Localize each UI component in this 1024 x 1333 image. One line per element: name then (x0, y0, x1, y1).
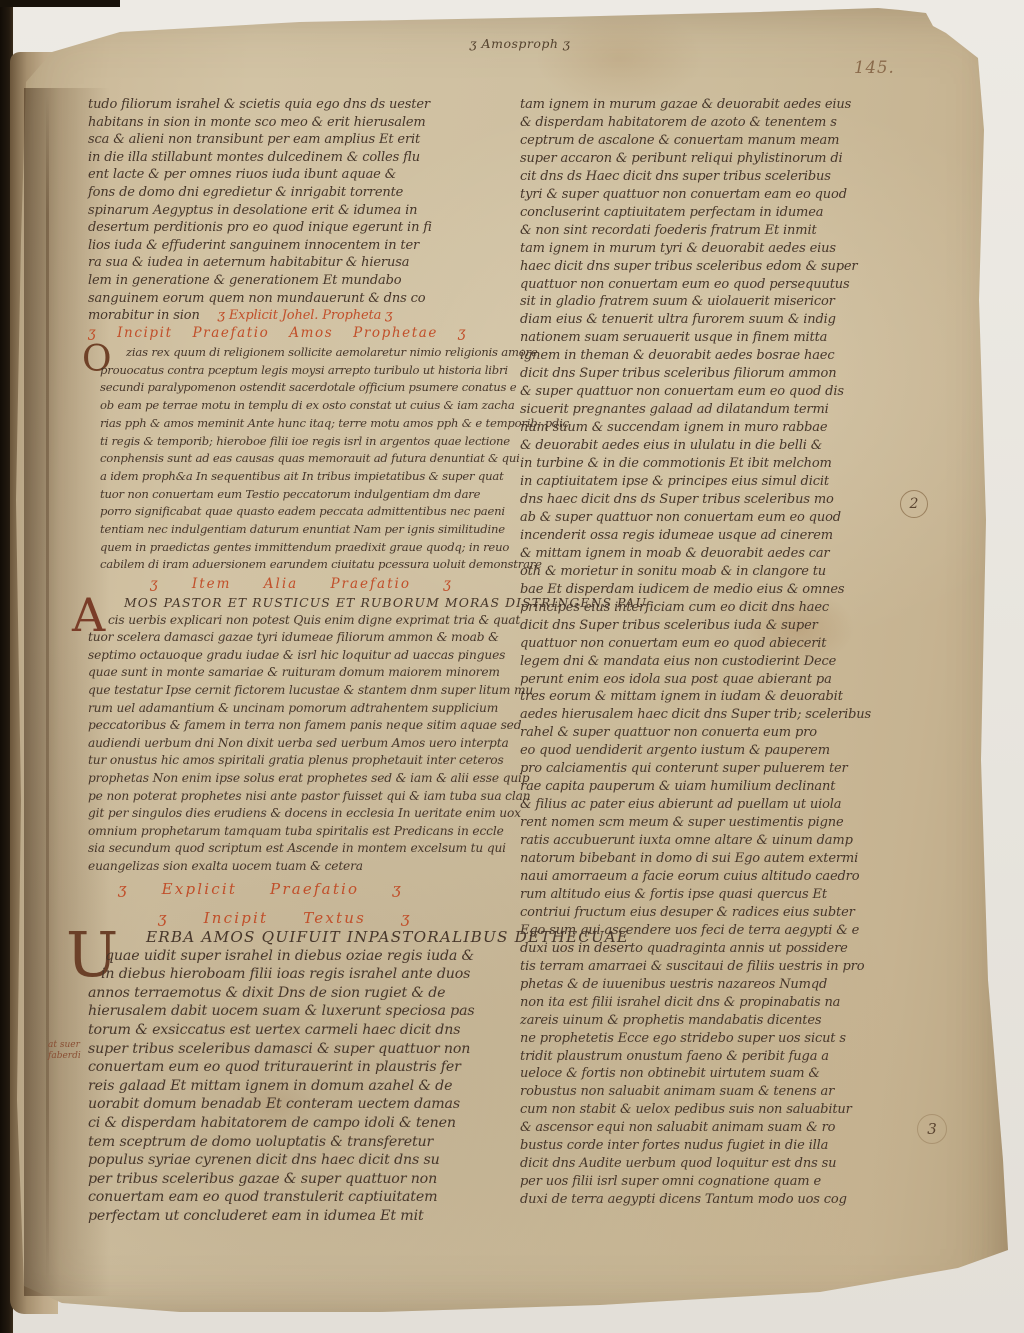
text-line: hierusalem dabit uocem suam & luxerunt s… (88, 1002, 500, 1021)
rubric-explicit-praefatio: ʒ Explicit Praefatio ʒ (118, 880, 403, 898)
marginal-gloss-line: faberdi (48, 1051, 81, 1062)
text-line: lios iuda & effuderint sanguinem innocen… (88, 237, 494, 255)
text-line: haec dicit dns super tribus sceleribus e… (520, 258, 934, 276)
text-line: ob eam pe terrae motu in templu di ex os… (100, 397, 500, 415)
folio-number: 145. (854, 58, 895, 77)
text-line: audiendi uerbum dni Non dixit uerba sed … (88, 735, 496, 753)
text-line: in die illa stillabunt montes dulcedinem… (88, 149, 494, 167)
text-line: zias rex quum di religionem sollicite ae… (100, 344, 500, 362)
text-line: annos terraemotus & dixit Dns de sion ru… (88, 984, 500, 1003)
text-line: rahel & super quattuor non conuerta eum … (520, 724, 934, 742)
text-line: ti regis & temporib; hieroboe filii ioe … (100, 433, 500, 451)
text-line: eo quod uendiderit argento iustum & paup… (520, 742, 934, 760)
text-line: quae uidit super israhel in diebus oziae… (88, 947, 500, 966)
text-line: nationem suam seruauerit usque in finem … (520, 329, 934, 347)
text-line: secundi paralypomenon ostendit sacerdota… (100, 379, 500, 397)
text-line: omnium prophetarum tamquam tuba spirital… (88, 823, 496, 841)
text-line: zareis uinum & prophetis mandabatis dice… (520, 1012, 934, 1030)
text-line: ci & disperdam habitatorem de campo idol… (88, 1114, 500, 1133)
text-line: & disperdam habitatorem de azoto & tenen… (520, 114, 934, 132)
text-line: quattuor non conuertam eum eo quod abiec… (520, 635, 934, 653)
text-line: ceptrum de ascalone & conuertam manum me… (520, 132, 934, 150)
text-line: cabilem di iram aduersionem earundem ciu… (100, 556, 500, 574)
text-line: tur onustus hic amos spiritali gratia pl… (88, 752, 496, 770)
marginal-gloss-line: at suer (48, 1040, 81, 1051)
text-line: tuor scelera damasci gazae tyri idumeae … (88, 629, 496, 647)
text-line: dicit dns Super tribus sceleribus filior… (520, 365, 934, 383)
text-line: tridit plaustrum onustum faeno & peribit… (520, 1048, 934, 1066)
text-line: prouocatus contra pceptum legis moysi ar… (100, 362, 500, 380)
text-line: super accaron & peribunt reliqui phylist… (520, 150, 934, 168)
text-line: tam ignem in murum gazae & deuorabit aed… (520, 96, 934, 114)
text-line: peccatoribus & famem in terra non famem … (88, 717, 496, 735)
rubric-item-alia-praefatio: ʒ Item Alia Praefatio ʒ (150, 576, 480, 592)
text-line: quae sunt in monte samariae & ruituram d… (88, 664, 496, 682)
text-line: morabitur in sion ʒ Explicit Johel. Prop… (88, 307, 494, 325)
text-line: sicuerit pregnantes galaad ad dilatandum… (520, 401, 934, 419)
text-line: tis terram amarraei & suscitaui de filii… (520, 958, 934, 976)
text-line: legem dni & mandata eius non custodierin… (520, 653, 934, 671)
text-line: per tribus sceleribus gazae & super quat… (88, 1170, 500, 1189)
right-column: tam ignem in murum gazae & deuorabit aed… (520, 96, 934, 1209)
text-line: super tribus sceleribus damasci & super … (88, 1040, 500, 1059)
text-line: principes eius interficiam cum eo dicit … (520, 599, 934, 617)
text-line: ent lacte & per omnes riuos iuda ibunt a… (88, 166, 494, 184)
left-column-praefatio-2: MOS PASTOR ET RUSTICUS ET RUBORUM MORAS … (88, 594, 496, 876)
text-line: dicit dns Super tribus sceleribus iuda &… (520, 617, 934, 635)
text-line: & non sint recordati foederis fratrum Et… (520, 222, 934, 240)
text-line: Ego sum qui ascendere uos feci de terra … (520, 922, 934, 940)
text-line: sit in gladio fratrem suum & uiolauerit … (520, 293, 934, 311)
text-line: ra sua & iudea in aeternum habitabitur &… (88, 254, 494, 272)
text-line: ueloce & fortis non obtinebit uirtutem s… (520, 1065, 934, 1083)
text-line: ne prophetetis Ecce ego stridebo super u… (520, 1030, 934, 1048)
text-line: & filius ac pater eius abierunt ad puell… (520, 796, 934, 814)
text-line: perunt enim eos idola sua post quae abie… (520, 671, 934, 689)
rubric-incipit-praefatio: ʒ Incipit Praefatio Amos Prophetae ʒ (88, 325, 496, 341)
text-line: torum & exsiccatus est uertex carmeli ha… (88, 1021, 500, 1040)
text-line: duxi de terra aegypti dicens Tantum modo… (520, 1191, 934, 1209)
text-line: conuertam eam eo quod transtulerit capti… (88, 1188, 500, 1207)
left-column-praefatio-1: zias rex quum di religionem sollicite ae… (100, 344, 500, 574)
marginal-gloss: at suer faberdi (48, 1040, 81, 1062)
text-line: septimo octauoque gradu iudae & isrl hic… (88, 647, 496, 665)
text-line: & mittam ignem in moab & deuorabit aedes… (520, 545, 934, 563)
running-title: ʒ Amosproph ʒ (430, 36, 610, 51)
text-line: reis galaad Et mittam ignem in domum aza… (88, 1077, 500, 1096)
text-line: sanguinem eorum quem non mundauerunt & d… (88, 290, 494, 308)
text-line: in diebus hieroboam filii ioas regis isr… (88, 965, 500, 984)
text-line: cit dns ds Haec dicit dns super tribus s… (520, 168, 934, 186)
text-line: per uos filii isrl super omni cognatione… (520, 1173, 934, 1191)
text-line: cum non stabit & uelox pedibus suis non … (520, 1101, 934, 1119)
text-line: dicit dns Audite uerbum quod loquitur es… (520, 1155, 934, 1173)
text-line: & ascensor equi non saluabit animam suam… (520, 1119, 934, 1137)
text-line: natorum bibebant in domo di sui Ego aute… (520, 850, 934, 868)
text-line: bae Et disperdam iudicem de medio eius &… (520, 581, 934, 599)
text-line: a idem proph&a In sequentibus ait In tri… (100, 468, 500, 486)
text-line: diam eius & tenuerit ultra furorem suum … (520, 311, 934, 329)
text-line: desertum perditionis pro eo quod inique … (88, 219, 494, 237)
joel-last-words: morabitur in sion (88, 308, 200, 323)
text-line: in turbine & in die commotionis Et ibit … (520, 455, 934, 473)
text-line: tres eorum & mittam ignem in iudam & deu… (520, 688, 934, 706)
text-line: fons de domo dni egredietur & inrigabit … (88, 184, 494, 202)
text-line: git per singulos dies erudiens & docens … (88, 805, 496, 823)
text-line: rum altitudo eius & fortis ipse quasi qu… (520, 886, 934, 904)
text-line: bustus corde inter fortes nudus fugiet i… (520, 1137, 934, 1155)
text-line: in captiuitatem ipse & principes eius si… (520, 473, 934, 491)
text-line: populus syriae cyrenen dicit dns haec di… (88, 1151, 500, 1170)
text-line: phetas & de iuuenibus uestris nazareos N… (520, 976, 934, 994)
text-line: spinarum Aegyptus in desolatione erit & … (88, 202, 494, 220)
text-line: robustus non saluabit animam suam & tene… (520, 1083, 934, 1101)
left-column-joel-end: tudo filiorum israhel & scietis quia ego… (88, 96, 494, 325)
text-line: tam ignem in murum tyri & deuorabit aede… (520, 240, 934, 258)
text-line: ignem in theman & deuorabit aedes bosrae… (520, 347, 934, 365)
text-line: & super quattuor non conuertam eum eo qu… (520, 383, 934, 401)
text-line: tudo filiorum israhel & scietis quia ego… (88, 96, 494, 114)
text-line: quem in praedictas gentes immittendum pr… (100, 539, 500, 557)
text-line: aedes hierusalem haec dicit dns Super tr… (520, 706, 934, 724)
text-line: pe non poterat prophetes nisi ante pasto… (88, 788, 496, 806)
text-line: cis uerbis explicari non potest Quis eni… (88, 612, 496, 630)
text-line: euangelizas sion exalta uocem tuam & cet… (88, 858, 496, 876)
text-line: lem in generatione & generationem Et mun… (88, 272, 494, 290)
text-line: ratis accubuerunt iuxta omne altare & ui… (520, 832, 934, 850)
text-line: num suum & succendam ignem in muro rabba… (520, 419, 934, 437)
text-line: rum uel adamantium & uncinam pomorum adt… (88, 700, 496, 718)
text-line: perfectam ut concluderet eam in idumea E… (88, 1207, 500, 1226)
text-line: conuertam eum eo quod triturauerint in p… (88, 1058, 500, 1077)
text-line: quattuor non conuertam eum eo quod perse… (520, 276, 934, 294)
text-line: incenderit ossa regis idumeae usque ad c… (520, 527, 934, 545)
text-line: ab & super quattuor non conuertam eum eo… (520, 509, 934, 527)
text-line: non ita est filii israhel dicit dns & pr… (520, 994, 934, 1012)
rubric-incipit-textus: ʒ Incipit Textus ʒ (158, 909, 412, 927)
chapter-number-3: 3 (917, 1114, 947, 1144)
capitals-line: MOS PASTOR ET RUSTICUS ET RUBORUM MORAS … (88, 594, 496, 612)
text-line: sca & alieni non transibunt per eam ampl… (88, 131, 494, 149)
left-column-textus: ERBA AMOS QUIFUIT INPASTORALIBUS DETHECU… (88, 928, 500, 1226)
text-line: tyri & super quattuor non conuertam eam … (520, 186, 934, 204)
text-line: habitans in sion in monte sco meo & erit… (88, 114, 494, 132)
text-line: tuor non conuertam eum Testio peccatorum… (100, 486, 500, 504)
text-line: rent nomen scm meum & super uestimentis … (520, 814, 934, 832)
text-line: sia secundum quod scriptum est Ascende i… (88, 840, 496, 858)
text-line: porro significabat quae quasto eadem pec… (100, 503, 500, 521)
text-line: naui amorraeum a facie eorum cuius altit… (520, 868, 934, 886)
text-line: conphensis sunt ad eas causas quas memor… (100, 450, 500, 468)
text-line: uorabit domum benadab Et conteram uectem… (88, 1095, 500, 1114)
text-line: contriui fructum eius desuper & radices … (520, 904, 934, 922)
chapter-number-2: 2 (900, 490, 928, 518)
text-line: tem sceptrum de domo uoluptatis & transf… (88, 1133, 500, 1152)
text-line: dns haec dicit dns ds Super tribus scele… (520, 491, 934, 509)
text-line: que testatur Ipse cernit fictorem lucust… (88, 682, 496, 700)
text-line: & deuorabit aedes eius in ululatu in die… (520, 437, 934, 455)
page-content: ʒ Amosproph ʒ 145. tudo filiorum israhel… (0, 0, 1024, 1333)
text-line: prophetas Non enim ipse solus erat proph… (88, 770, 496, 788)
text-line: rae capita pauperum & uiam humilium decl… (520, 778, 934, 796)
text-line: pro calciamentis qui conterunt super pul… (520, 760, 934, 778)
text-line: oth & morietur in sonitu moab & in clang… (520, 563, 934, 581)
text-line: rias pph & amos meminit Ante hunc itaq; … (100, 415, 500, 433)
text-line: duxi uos in deserto quadraginta annis ut… (520, 940, 934, 958)
text-line: tentiam nec indulgentiam daturum enuntia… (100, 521, 500, 539)
rubric-explicit-johel: ʒ Explicit Johel. Propheta ʒ (218, 308, 393, 323)
capitals-line: ERBA AMOS QUIFUIT INPASTORALIBUS DETHECU… (88, 928, 500, 947)
text-line: concluserint captiuitatem perfectam in i… (520, 204, 934, 222)
